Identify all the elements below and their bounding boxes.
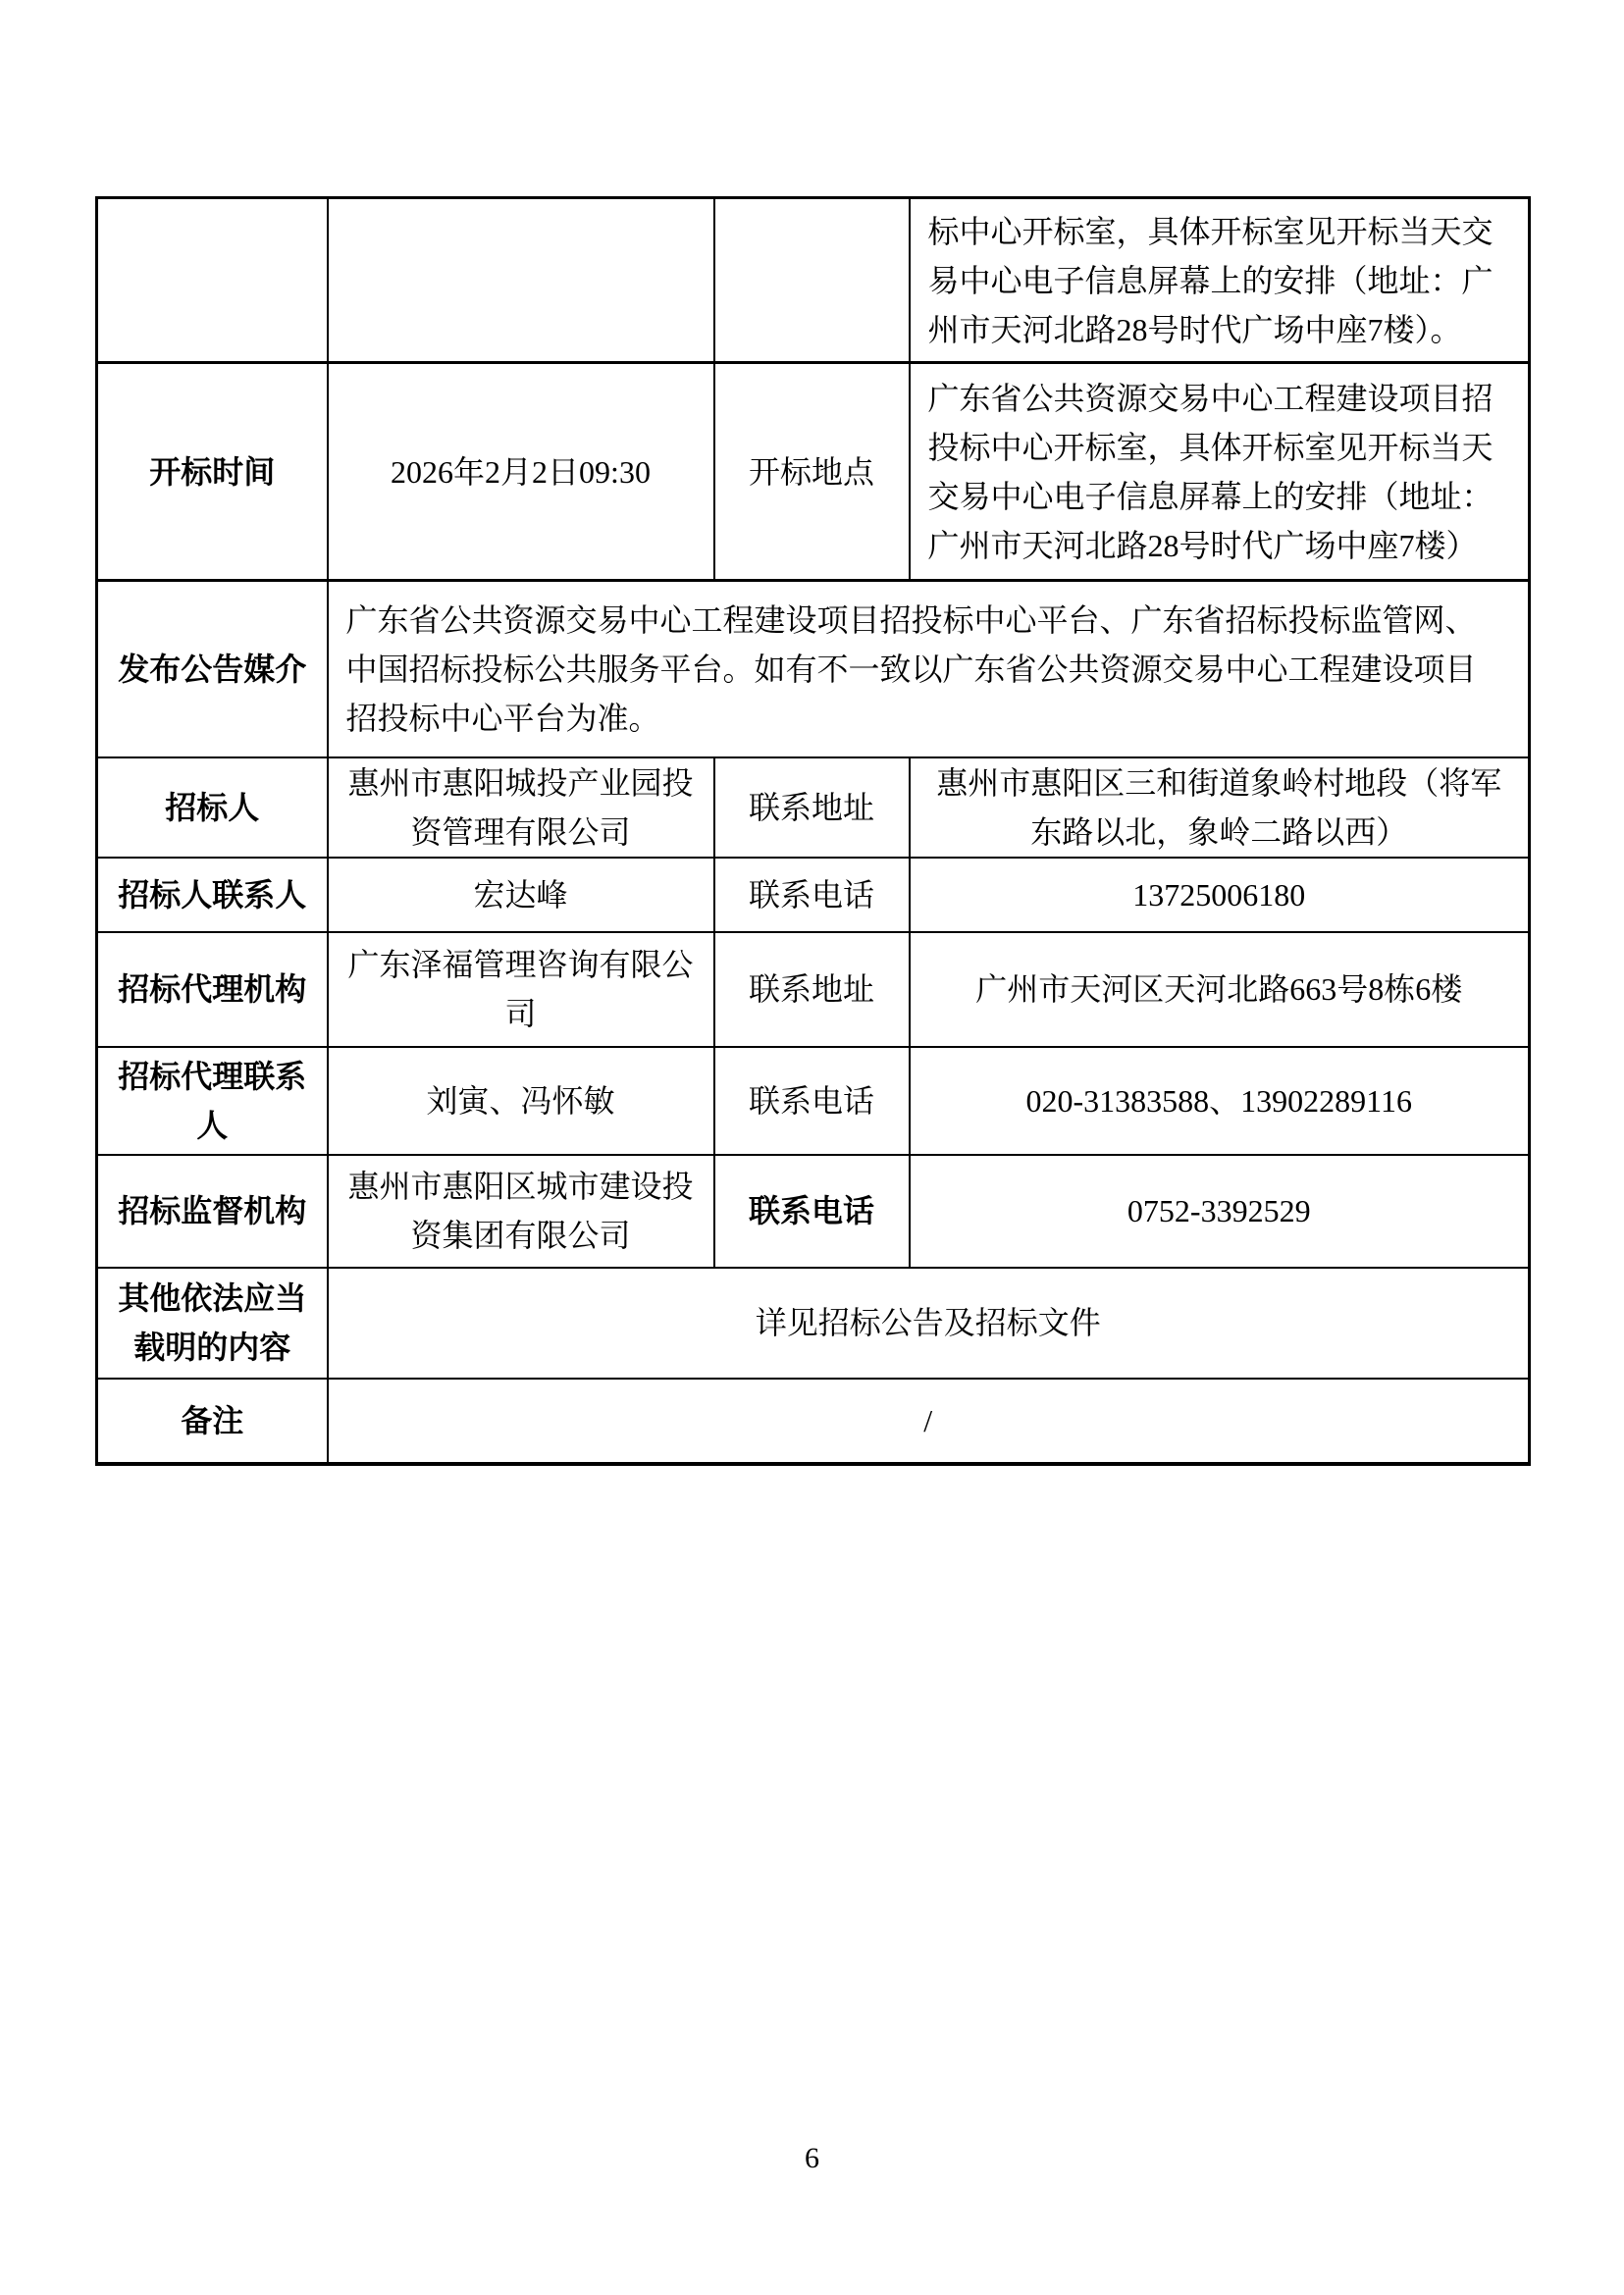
row-label-agency-contact: 招标代理联系 人 xyxy=(97,1047,328,1155)
table-row: 开标时间 2026年2月2日09:30 开标地点 广东省公共资源交易中心工程建设… xyxy=(97,363,1530,581)
bid-opening-time-value: 2026年2月2日09:30 xyxy=(328,363,714,581)
table-row: 备注 / xyxy=(97,1379,1530,1464)
row-label-bid-opening-location: 开标地点 xyxy=(714,363,910,581)
row-label-contact-address: 联系地址 xyxy=(714,757,910,858)
table-row: 招标代理联系 人 刘寅、冯怀敏 联系电话 020-31383588、139022… xyxy=(97,1047,1530,1155)
table-row: 招标人联系人 宏达峰 联系电话 13725006180 xyxy=(97,858,1530,932)
other-required-content-value: 详见招标公告及招标文件 xyxy=(328,1268,1530,1379)
agency-contact-names: 刘寅、冯怀敏 xyxy=(328,1047,714,1155)
row-label-contact-phone: 联系电话 xyxy=(714,1047,910,1155)
row-label-contact-address: 联系地址 xyxy=(714,932,910,1047)
announcement-media-value: 广东省公共资源交易中心工程建设项目招投标中心平台、广东省招标投标监管网、 中国招… xyxy=(328,581,1530,757)
remarks-value: / xyxy=(328,1379,1530,1464)
empty-cell xyxy=(714,198,910,363)
bidding-agency-name: 广东泽福管理咨询有限公 司 xyxy=(328,932,714,1047)
row-label-announcement-media: 发布公告媒介 xyxy=(97,581,328,757)
bidding-agency-address: 广州市天河区天河北路663号8栋6楼 xyxy=(910,932,1530,1047)
tenderer-name-value: 惠州市惠阳城投产业园投 资管理有限公司 xyxy=(328,757,714,858)
row-label-tenderer: 招标人 xyxy=(97,757,328,858)
table-row: 其他依法应当 载明的内容 详见招标公告及招标文件 xyxy=(97,1268,1530,1379)
table-row: 标中心开标室，具体开标室见开标当天交 易中心电子信息屏幕上的安排（地址：广 州市… xyxy=(97,198,1530,363)
tenderer-contact-name: 宏达峰 xyxy=(328,858,714,932)
supervision-authority-phone: 0752-3392529 xyxy=(910,1155,1530,1268)
bid-opening-location-value: 广东省公共资源交易中心工程建设项目招 投标中心开标室，具体开标室见开标当天 交易… xyxy=(910,363,1530,581)
table-row: 招标代理机构 广东泽福管理咨询有限公 司 联系地址 广州市天河区天河北路663号… xyxy=(97,932,1530,1047)
row-label-supervision-authority: 招标监督机构 xyxy=(97,1155,328,1268)
bid-opening-location-continuation: 标中心开标室，具体开标室见开标当天交 易中心电子信息屏幕上的安排（地址：广 州市… xyxy=(910,198,1530,363)
row-label-remarks: 备注 xyxy=(97,1379,328,1464)
bid-info-table: 标中心开标室，具体开标室见开标当天交 易中心电子信息屏幕上的安排（地址：广 州市… xyxy=(95,196,1531,1466)
row-label-tenderer-contact: 招标人联系人 xyxy=(97,858,328,932)
row-label-contact-phone: 联系电话 xyxy=(714,858,910,932)
empty-cell xyxy=(328,198,714,363)
table-row: 发布公告媒介 广东省公共资源交易中心工程建设项目招投标中心平台、广东省招标投标监… xyxy=(97,581,1530,757)
table-row: 招标监督机构 惠州市惠阳区城市建设投 资集团有限公司 联系电话 0752-339… xyxy=(97,1155,1530,1268)
empty-cell xyxy=(97,198,328,363)
table-row: 招标人 惠州市惠阳城投产业园投 资管理有限公司 联系地址 惠州市惠阳区三和街道象… xyxy=(97,757,1530,858)
row-label-bid-opening-time: 开标时间 xyxy=(97,363,328,581)
row-label-other-required-content: 其他依法应当 载明的内容 xyxy=(97,1268,328,1379)
supervision-authority-name: 惠州市惠阳区城市建设投 资集团有限公司 xyxy=(328,1155,714,1268)
row-label-contact-phone: 联系电话 xyxy=(714,1155,910,1268)
row-label-bidding-agency: 招标代理机构 xyxy=(97,932,328,1047)
agency-contact-phones: 020-31383588、13902289116 xyxy=(910,1047,1530,1155)
document-page: 标中心开标室，具体开标室见开标当天交 易中心电子信息屏幕上的安排（地址：广 州市… xyxy=(0,0,1624,2295)
tenderer-contact-phone: 13725006180 xyxy=(910,858,1530,932)
tenderer-address-value: 惠州市惠阳区三和街道象岭村地段（将军 东路以北，象岭二路以西） xyxy=(910,757,1530,858)
page-number: 6 xyxy=(0,2139,1624,2178)
